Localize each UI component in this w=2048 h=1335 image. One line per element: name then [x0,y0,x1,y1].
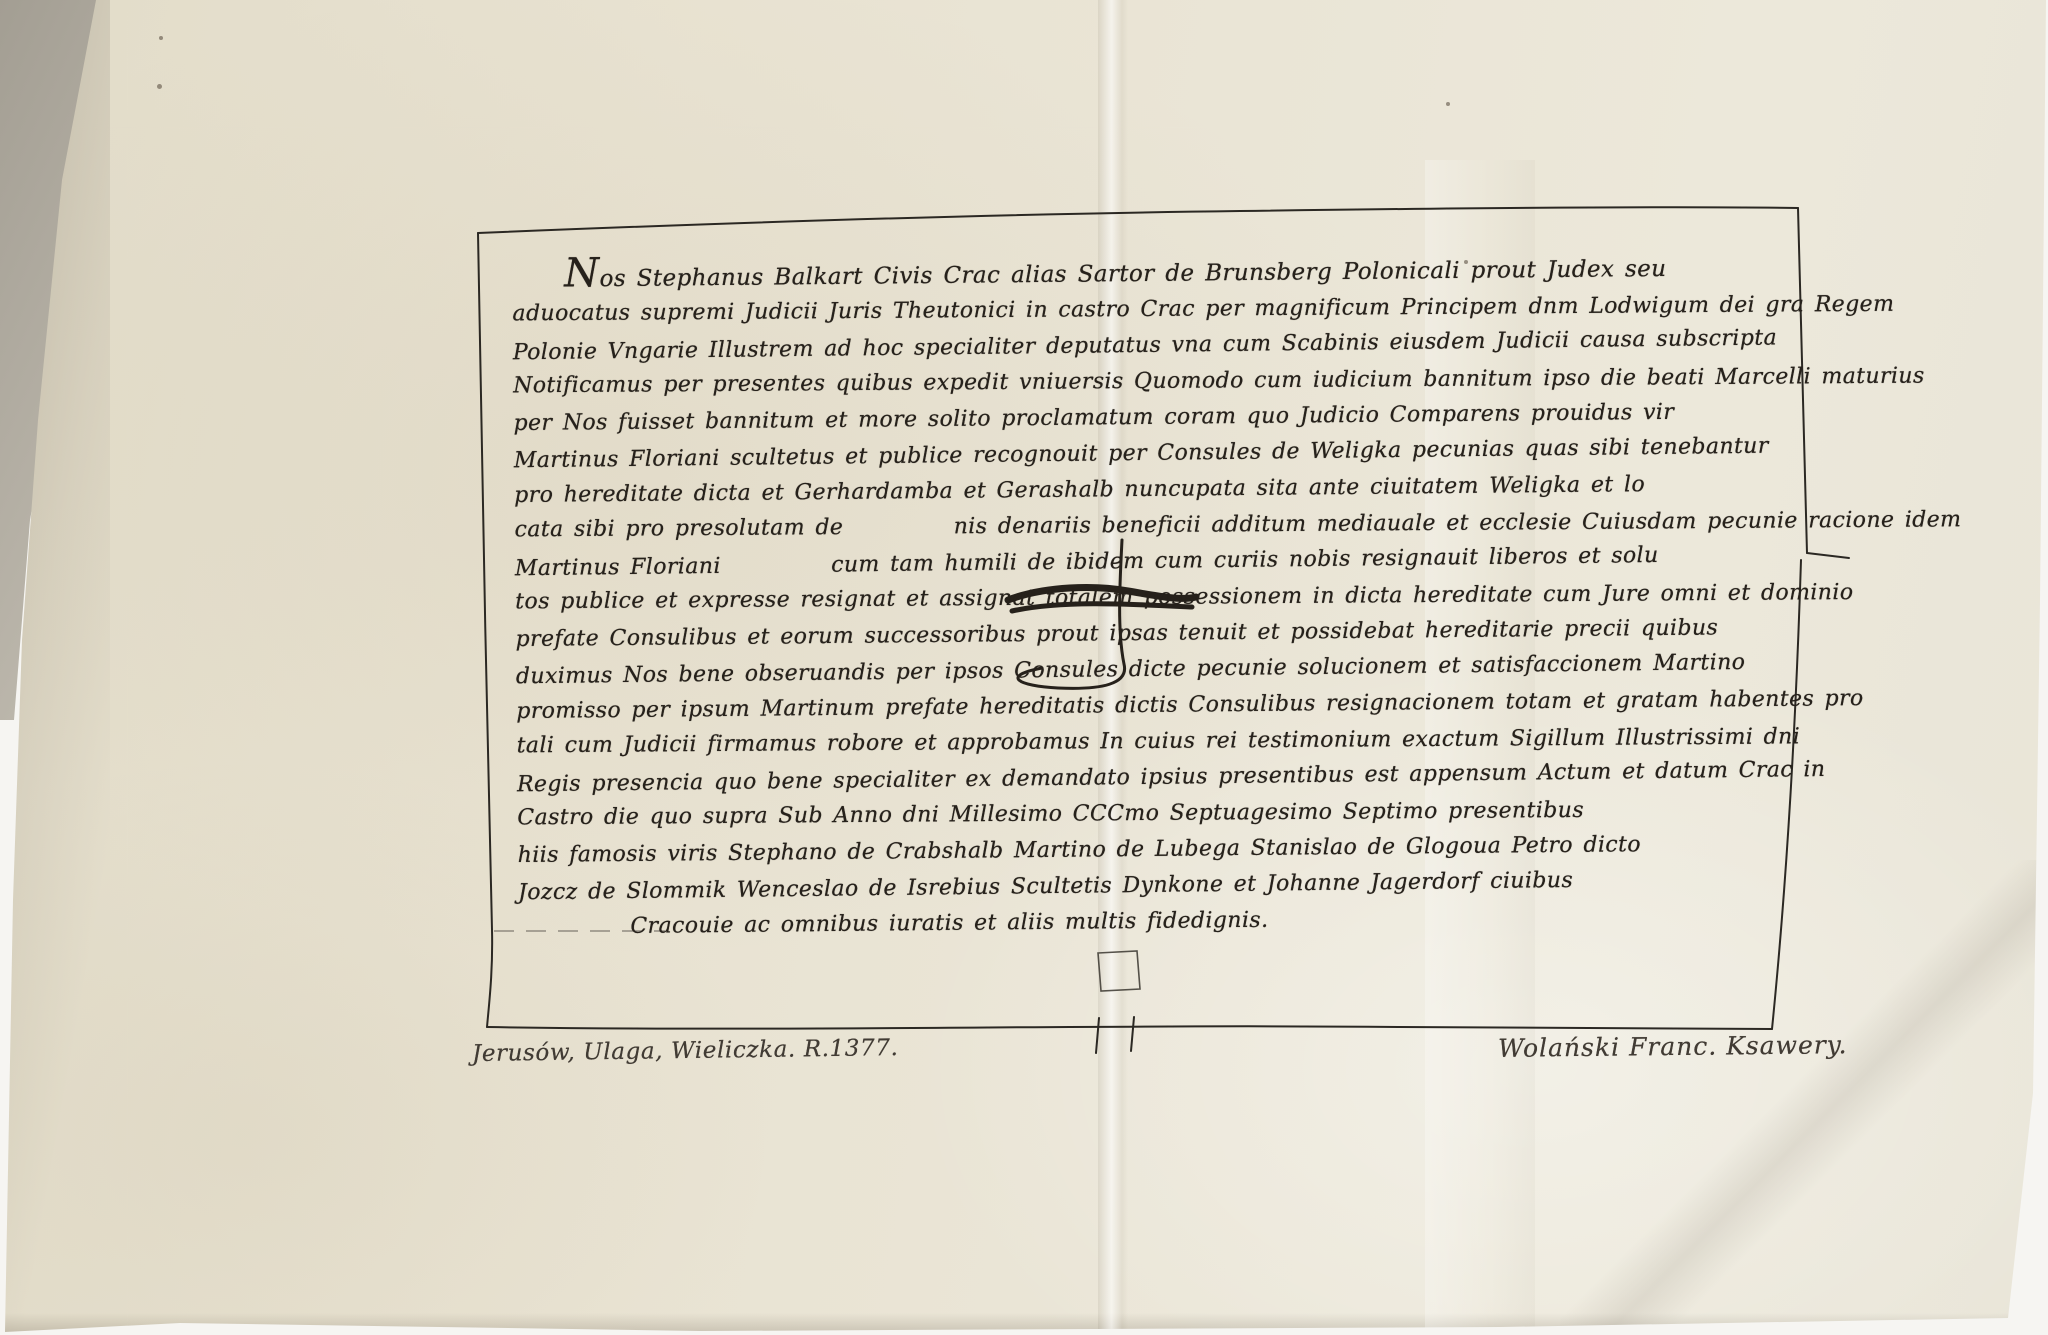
manuscript-text-block: Nos Stephanus Balkart Civis Crac alias S… [512,250,1769,946]
paper-speck [1446,102,1450,106]
plate-caption-lithographer: Wolański Franc. Ksawery. [1498,1030,1848,1063]
paper-speck [157,84,162,89]
scanned-plate: Nos Stephanus Balkart Civis Crac alias S… [0,0,2048,1335]
paper-speck [159,36,163,40]
